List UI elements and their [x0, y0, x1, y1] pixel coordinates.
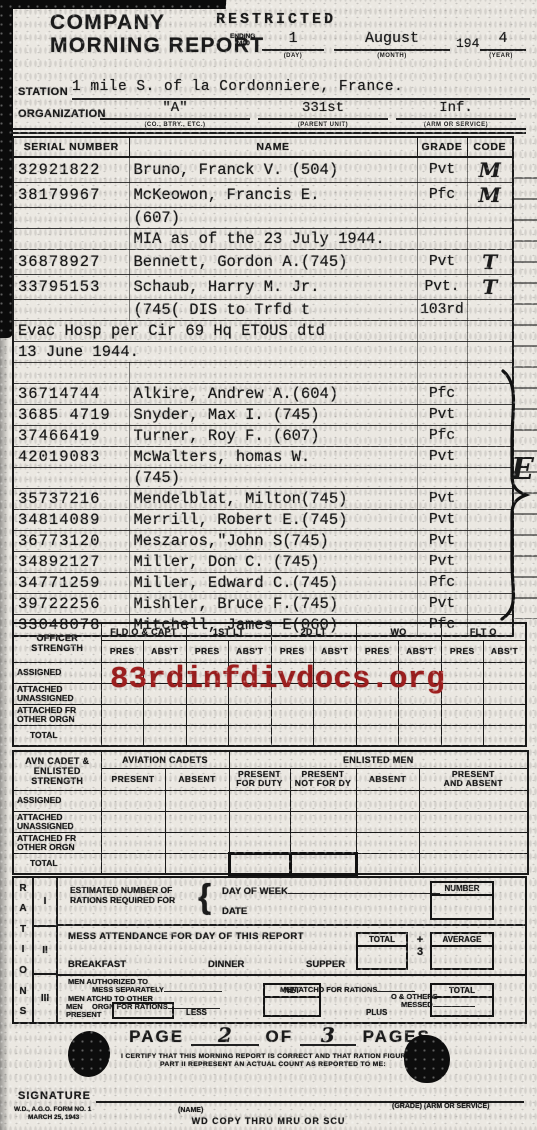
average-box-label: AVERAGE [432, 934, 492, 947]
strength-empty-cell [484, 683, 527, 704]
breakfast-label: BREAKFAST [68, 959, 126, 970]
organization-parent-unit-value: 331st [258, 100, 388, 120]
roster-grade-cell: Pfc [417, 426, 467, 447]
rations-letter: R [19, 883, 26, 894]
roster-grade-cell: Pvt [417, 552, 467, 573]
mess-separately-label: MESS SEPARATELY [92, 985, 164, 994]
roster-grade-cell: Pfc [417, 183, 467, 208]
rations-letter: S [20, 1006, 27, 1017]
rations-vertical-label: RATIONS [14, 878, 34, 1022]
strength-empty-cell [356, 725, 399, 746]
strength-column-header: PRES [356, 640, 399, 662]
men-present-label: MEN PRESENT [66, 1003, 101, 1019]
date-field-label: DATE [222, 906, 247, 917]
rations-main: ESTIMATED NUMBER OF RATIONS REQUIRED FOR… [58, 878, 525, 1022]
roster-row [13, 363, 513, 384]
roster-code-cell [467, 300, 513, 321]
strength-empty-cell [441, 725, 484, 746]
signature-grade-label: (GRADE) (ARM OR SERVICE) [392, 1103, 489, 1110]
roster-name-cell: Mishler, Bruce F.(745) [129, 594, 417, 615]
strength-row-label: ATTACHED FR OTHER ORGN [13, 704, 101, 725]
rations-total-box: TOTAL [430, 983, 494, 1017]
roster-grade-cell: Pvt [417, 405, 467, 426]
strength-row: TOTAL [13, 853, 528, 874]
organization-label: ORGANIZATION [18, 108, 106, 120]
roster-col-code: CODE [467, 137, 513, 157]
date-year-prefix: 194 [456, 36, 479, 51]
strength-empty-cell [186, 704, 229, 725]
watermark-text: 83rdinfdivdocs.org [110, 662, 445, 697]
roster-serial-cell: 34771259 [13, 573, 129, 594]
roster-name-cell: MIA as of the 23 July 1944. [129, 229, 417, 250]
strength-empty-cell [484, 704, 527, 725]
roster-serial-cell: 3685 4719 [13, 405, 129, 426]
roster-serial-cell: 35737216 [13, 489, 129, 510]
less-label: LESS [186, 1008, 207, 1017]
strength-empty-cell [229, 704, 272, 725]
net-box: NET [263, 983, 321, 1017]
day-of-week-blank [288, 893, 440, 894]
roster-grade-cell [417, 363, 467, 384]
rations-row-2: MESS ATTENDANCE FOR DAY OF THIS REPORT B… [58, 926, 525, 976]
strength-empty-cell [101, 811, 165, 832]
men-present-box [112, 1002, 174, 1019]
roster-row: 34814089Merrill, Robert E.(745)Pvt [13, 510, 513, 531]
strength-group-header: FLT O [441, 623, 526, 640]
strength-corner-label: AVN CADET & ENLISTED STRENGTH [13, 751, 101, 790]
strength-column-header: PRESENT [101, 768, 165, 790]
strength-empty-cell [271, 704, 314, 725]
roster-serial-cell: 42019083 [13, 447, 129, 468]
roster-name-cell: Mendelblat, Milton(745) [129, 489, 417, 510]
ending-label-line1: ENDING [230, 33, 255, 40]
strength-empty-cell [229, 811, 290, 832]
strength-empty-cell [101, 853, 165, 874]
strength-row-label: ASSIGNED [13, 790, 101, 811]
divide-denominator: 3 [414, 946, 426, 958]
strength-empty-cell [399, 725, 442, 746]
roster-serial-cell [13, 363, 129, 384]
number-box-label: NUMBER [432, 883, 492, 896]
strength-empty-cell [101, 790, 165, 811]
average-box: AVERAGE [430, 932, 494, 970]
roster-row: 34771259Miller, Edward C.(745)Pfc [13, 573, 513, 594]
strength-column-header: PRESENT NOT FOR DY [290, 768, 356, 790]
day-of-week-label: DAY OF WEEK [222, 886, 288, 897]
strength-empty-cell [441, 683, 484, 704]
roster-serial-cell: 34814089 [13, 510, 129, 531]
rations-numeral-3: III [34, 975, 56, 1022]
mess-separately-blank [164, 991, 222, 992]
roster-grade-cell: Pvt. [417, 275, 467, 300]
date-month-value: August [334, 30, 450, 51]
strength-empty-cell [186, 725, 229, 746]
strength-empty-cell [165, 832, 229, 853]
roster-name-cell: McWalters, homas W. [129, 447, 417, 468]
rations-letter: I [22, 944, 25, 955]
strength-empty-cell [290, 811, 356, 832]
strength-row-label: ATTACHED FR OTHER ORGN [13, 832, 101, 853]
strength-column-header: ABS'T [314, 640, 357, 662]
roster-row: 35737216Mendelblat, Milton(745)Pvt [13, 489, 513, 510]
of-label: OF [266, 1027, 294, 1046]
roster-serial-cell [13, 300, 129, 321]
strength-column-header: ABS'T [144, 640, 187, 662]
roster-grade-cell: Pvt [417, 531, 467, 552]
divide-by-three: + 3 [414, 934, 426, 958]
roster-name-cell: Schaub, Harry M. Jr. [129, 275, 417, 300]
strength-column-header: PRES [186, 640, 229, 662]
ending-label-line2: 2400 [230, 40, 255, 47]
roster-serial-cell [13, 468, 129, 489]
strength-empty-cell [441, 662, 484, 683]
roster-name-cell: Bennett, Gordon A.(745) [129, 250, 417, 275]
roster-row: 39722256Mishler, Bruce F.(745)Pvt [13, 594, 513, 615]
strength-column-header: PRES [441, 640, 484, 662]
date-year-value: 4 [480, 30, 526, 51]
strength-empty-cell [165, 811, 229, 832]
rations-letter: A [19, 903, 26, 914]
roster-row: (745) [13, 468, 513, 489]
signature-label: SIGNATURE [18, 1090, 91, 1102]
date-month-label: (MONTH) [334, 53, 450, 59]
punch-hole-right [404, 1035, 450, 1083]
dinner-label: DINNER [208, 959, 244, 970]
roster-serial-cell: 34892127 [13, 552, 129, 573]
roster-grade-cell [417, 321, 467, 342]
strength-header-row: AVN CADET & ENLISTED STRENGTHAVIATION CA… [13, 751, 528, 768]
roster-name-cell: Bruno, Franck V. (504) [129, 157, 417, 183]
roster-row: 38179967McKeowon, Francis E.PfcM [13, 183, 513, 208]
station-value: 1 mile S. of la Cordonniere, France. [72, 79, 530, 100]
roster-grade-cell: Pvt [417, 594, 467, 615]
supper-label: SUPPER [306, 959, 345, 970]
strength-empty-cell [356, 704, 399, 725]
estimated-rations-label: ESTIMATED NUMBER OF RATIONS REQUIRED FOR [70, 885, 175, 905]
roster-serial-cell [13, 229, 129, 250]
strength-empty-cell [144, 704, 187, 725]
strength-empty-cell [484, 725, 527, 746]
roster-row: MIA as of the 23 July 1944. [13, 229, 513, 250]
rations-numeral-2: II [34, 927, 56, 976]
roster-code-cell [467, 208, 513, 229]
strength-empty-cell [484, 662, 527, 683]
strength-empty-cell [271, 725, 314, 746]
roster-name-cell: (745( DIS to Trfd t [129, 300, 417, 321]
roster-row: (745( DIS to Trfd t103rd [13, 300, 513, 321]
date-day-label: (DAY) [262, 53, 324, 59]
strength-row: ATTACHED UNASSIGNED [13, 811, 528, 832]
divide-symbol: + [414, 934, 426, 946]
strength-empty-cell [419, 853, 528, 874]
roster-name-cell: (607) [129, 208, 417, 229]
strength-empty-cell [229, 853, 290, 874]
strength-empty-cell [419, 832, 528, 853]
strength-empty-cell [229, 725, 272, 746]
rations-row-1: ESTIMATED NUMBER OF RATIONS REQUIRED FOR… [58, 878, 525, 926]
roster-remark-cell: 13 June 1944. [13, 342, 417, 363]
mess-total-box: TOTAL [356, 932, 408, 970]
strength-empty-cell [314, 704, 357, 725]
strength-empty-cell [356, 811, 419, 832]
roster-name-cell: Snyder, Max I. (745) [129, 405, 417, 426]
roster-name-cell: Merrill, Robert E.(745) [129, 510, 417, 531]
roster-col-grade: GRADE [417, 137, 467, 157]
scan-edge-left-fade [0, 330, 9, 1130]
strength-empty-cell [144, 725, 187, 746]
strength-empty-cell [419, 811, 528, 832]
roster-serial-cell: 33795153 [13, 275, 129, 300]
roster-name-cell: Turner, Roy F. (607) [129, 426, 417, 447]
strength-row-label: ATTACHED UNASSIGNED [13, 811, 101, 832]
strength-empty-cell [229, 790, 290, 811]
roster-col-serial: SERIAL NUMBER [13, 137, 129, 157]
mess-attendance-label: MESS ATTENDANCE FOR DAY OF THIS REPORT [68, 931, 304, 942]
strength-empty-cell [399, 704, 442, 725]
rations-letter: T [20, 924, 26, 935]
strength-row: TOTAL [13, 725, 526, 746]
roster-table: SERIAL NUMBER NAME GRADE CODE 32921822Br… [12, 136, 514, 637]
strength-column-header: PRESENT AND ABSENT [419, 768, 528, 790]
strength-group-header: WO [356, 623, 441, 640]
roster-row: 33795153Schaub, Harry M. Jr.Pvt.T [13, 275, 513, 300]
rations-section: RATIONS I II III ESTIMATED NUMBER OF RAT… [12, 876, 527, 1024]
strength-column-header: ABSENT [356, 768, 419, 790]
scan-edge-top [0, 0, 226, 9]
roster-row: 34892127Miller, Don C. (745)Pvt [13, 552, 513, 573]
roster-row: Evac Hosp per Cir 69 Hq ETOUS dtd [13, 321, 513, 342]
roster-serial-cell: 36714744 [13, 384, 129, 405]
plus-label: PLUS [366, 1008, 387, 1017]
roster-grade-cell: Pvt [417, 489, 467, 510]
strength-empty-cell [419, 790, 528, 811]
strength-empty-cell [101, 704, 144, 725]
roster-grade-cell: Pfc [417, 573, 467, 594]
brace-glyph: { [198, 878, 211, 917]
page-count-line: PAGE 2 OF 3 PAGES [100, 1026, 460, 1047]
total-pages-handwritten: 3 [300, 1026, 356, 1046]
roster-row: 36773120Meszaros,"John S(745)Pvt [13, 531, 513, 552]
roster-remark-cell: Evac Hosp per Cir 69 Hq ETOUS dtd [13, 321, 417, 342]
roster-serial-cell: 39722256 [13, 594, 129, 615]
roster-row: 13 June 1944. [13, 342, 513, 363]
roster-row: 42019083McWalters, homas W.Pvt [13, 447, 513, 468]
messed-label: MESSED [401, 1000, 433, 1009]
date-day-value: 1 [262, 30, 324, 51]
enlisted-strength-table: AVN CADET & ENLISTED STRENGTHAVIATION CA… [12, 750, 529, 876]
roster-row: 36714744Alkire, Andrew A.(604)Pfc [13, 384, 513, 405]
organization-company-value: "A" [100, 100, 250, 120]
certification-text: I CERTIFY THAT THIS MORNING REPORT IS CO… [115, 1053, 431, 1069]
roster-header-row: SERIAL NUMBER NAME GRADE CODE [13, 137, 513, 157]
organization-arm-value: Inf. [396, 100, 516, 120]
roster-serial-cell: 38179967 [13, 183, 129, 208]
roster-serial-cell [13, 208, 129, 229]
strength-column-header: ABS'T [229, 640, 272, 662]
roster-serial-cell: 36878927 [13, 250, 129, 275]
handwritten-code-e: E [511, 452, 534, 487]
rations-row-3: MEN AUTHORIZED TO MESS SEPARATELY MEN AT… [58, 976, 525, 1020]
strength-row: ASSIGNED [13, 790, 528, 811]
strength-empty-cell [356, 853, 419, 874]
strength-column-header: ABS'T [484, 640, 527, 662]
strength-column-header: PRES [101, 640, 144, 662]
rations-letter: O [19, 965, 27, 976]
strength-row-label: ATTACHED UNASSIGNED [13, 683, 101, 704]
strength-empty-cell [229, 832, 290, 853]
strength-empty-cell [290, 853, 356, 874]
signature-name-label: (NAME) [178, 1107, 203, 1114]
number-box: NUMBER [430, 881, 494, 920]
date-year-label: (YEAR) [472, 53, 530, 59]
ending-2400-label: ENDING 2400 [230, 33, 255, 47]
roster-code-cell [467, 342, 513, 363]
strength-empty-cell [101, 832, 165, 853]
roster-serial-cell: 36773120 [13, 531, 129, 552]
roster-grade-cell [417, 468, 467, 489]
rations-numerals: I II III [34, 878, 58, 1022]
net-box-label: NET [265, 985, 319, 998]
strength-column-header: ABSENT [165, 768, 229, 790]
roster-grade-cell: Pvt [417, 447, 467, 468]
roster-name-cell: Miller, Don C. (745) [129, 552, 417, 573]
roster-row: (607) [13, 208, 513, 229]
strength-group-header: ENLISTED MEN [229, 751, 528, 768]
roster-code-cell [467, 321, 513, 342]
roster-serial-cell: 37466419 [13, 426, 129, 447]
wd-copy-note: WD COPY THRU MRU OR SCU [0, 1116, 537, 1126]
roster-name-cell: McKeowon, Francis E. [129, 183, 417, 208]
roster-code-cell [467, 229, 513, 250]
rations-total-box-label: TOTAL [432, 985, 492, 998]
roster-grade-cell: Pvt [417, 510, 467, 531]
section-divider [12, 128, 526, 134]
strength-empty-cell [165, 790, 229, 811]
strength-row: ATTACHED FR OTHER ORGN [13, 832, 528, 853]
strength-header-row: OFFICER STRENGTHFLD O & CAPT1ST LT2D LTW… [13, 623, 526, 640]
strength-row: ATTACHED FR OTHER ORGN [13, 704, 526, 725]
rations-numeral-1: I [34, 878, 56, 927]
roster-code-cell: M [467, 157, 513, 183]
strength-empty-cell [441, 704, 484, 725]
roster-code-cell: T [467, 275, 513, 300]
roster-grade-cell [417, 229, 467, 250]
roster-grade-cell: 103rd [417, 300, 467, 321]
mess-total-box-label: TOTAL [358, 934, 406, 947]
strength-row-label: TOTAL [13, 725, 101, 746]
roster-name-cell: (745) [129, 468, 417, 489]
roster-name-cell: Alkire, Andrew A.(604) [129, 384, 417, 405]
strength-column-header: PRESENT FOR DUTY [229, 768, 290, 790]
strength-empty-cell [290, 790, 356, 811]
strength-group-header: 1ST LT [186, 623, 271, 640]
roster-name-cell: Miller, Edward C.(745) [129, 573, 417, 594]
roster-grade-cell: Pfc [417, 384, 467, 405]
roster-row: 36878927Bennett, Gordon A.(745)PvtT [13, 250, 513, 275]
strength-empty-cell [314, 725, 357, 746]
strength-column-header: ABS'T [399, 640, 442, 662]
strength-empty-cell [165, 853, 229, 874]
strength-group-header: 2D LT [271, 623, 356, 640]
page-label: PAGE [129, 1027, 184, 1046]
roster-row: 32921822Bruno, Franck V. (504)PvtM [13, 157, 513, 183]
roster-code-cell: T [467, 250, 513, 275]
strength-empty-cell [356, 832, 419, 853]
handwritten-brace [497, 368, 533, 622]
roster-grade-cell: Pvt [417, 250, 467, 275]
strength-corner-label: OFFICER STRENGTH [13, 623, 101, 662]
roster-col-name: NAME [129, 137, 417, 157]
roster-name-cell [129, 363, 417, 384]
strength-group-header: FLD O & CAPT [101, 623, 186, 640]
signature-line [96, 1084, 524, 1103]
roster-row: 37466419Turner, Roy F. (607)Pfc [13, 426, 513, 447]
roster-row: 3685 4719Snyder, Max I. (745)Pvt [13, 405, 513, 426]
station-label: STATION [18, 86, 68, 98]
strength-column-header: PRES [271, 640, 314, 662]
men-authorized-line2: MESS SEPARATELY [92, 985, 222, 994]
roster-grade-cell [417, 208, 467, 229]
rations-letter: N [19, 986, 26, 997]
roster-grade-cell: Pvt [417, 157, 467, 183]
strength-row-label: TOTAL [13, 853, 101, 874]
estimated-rations-line2: RATIONS REQUIRED FOR [70, 895, 175, 905]
strength-empty-cell [290, 832, 356, 853]
strength-row-label: ASSIGNED [13, 662, 101, 683]
strength-group-header: AVIATION CADETS [101, 751, 229, 768]
strength-empty-cell [101, 725, 144, 746]
morning-report-scan: COMPANY MORNING REPORT RESTRICTED ENDING… [0, 0, 537, 1130]
day-of-week-field: DAY OF WEEK [222, 886, 440, 897]
classification-stamp: RESTRICTED [216, 11, 336, 28]
form-number-line1: W.D., A.G.O. FORM NO. 1 [14, 1106, 91, 1114]
roster-grade-cell [417, 342, 467, 363]
roster-body: 32921822Bruno, Franck V. (504)PvtM381799… [13, 157, 513, 636]
page-number-handwritten: 2 [191, 1026, 259, 1046]
roster-serial-cell: 32921822 [13, 157, 129, 183]
roster-code-cell: M [467, 183, 513, 208]
roster-name-cell: Meszaros,"John S(745) [129, 531, 417, 552]
strength-empty-cell [356, 790, 419, 811]
estimated-rations-line1: ESTIMATED NUMBER OF [70, 885, 175, 895]
